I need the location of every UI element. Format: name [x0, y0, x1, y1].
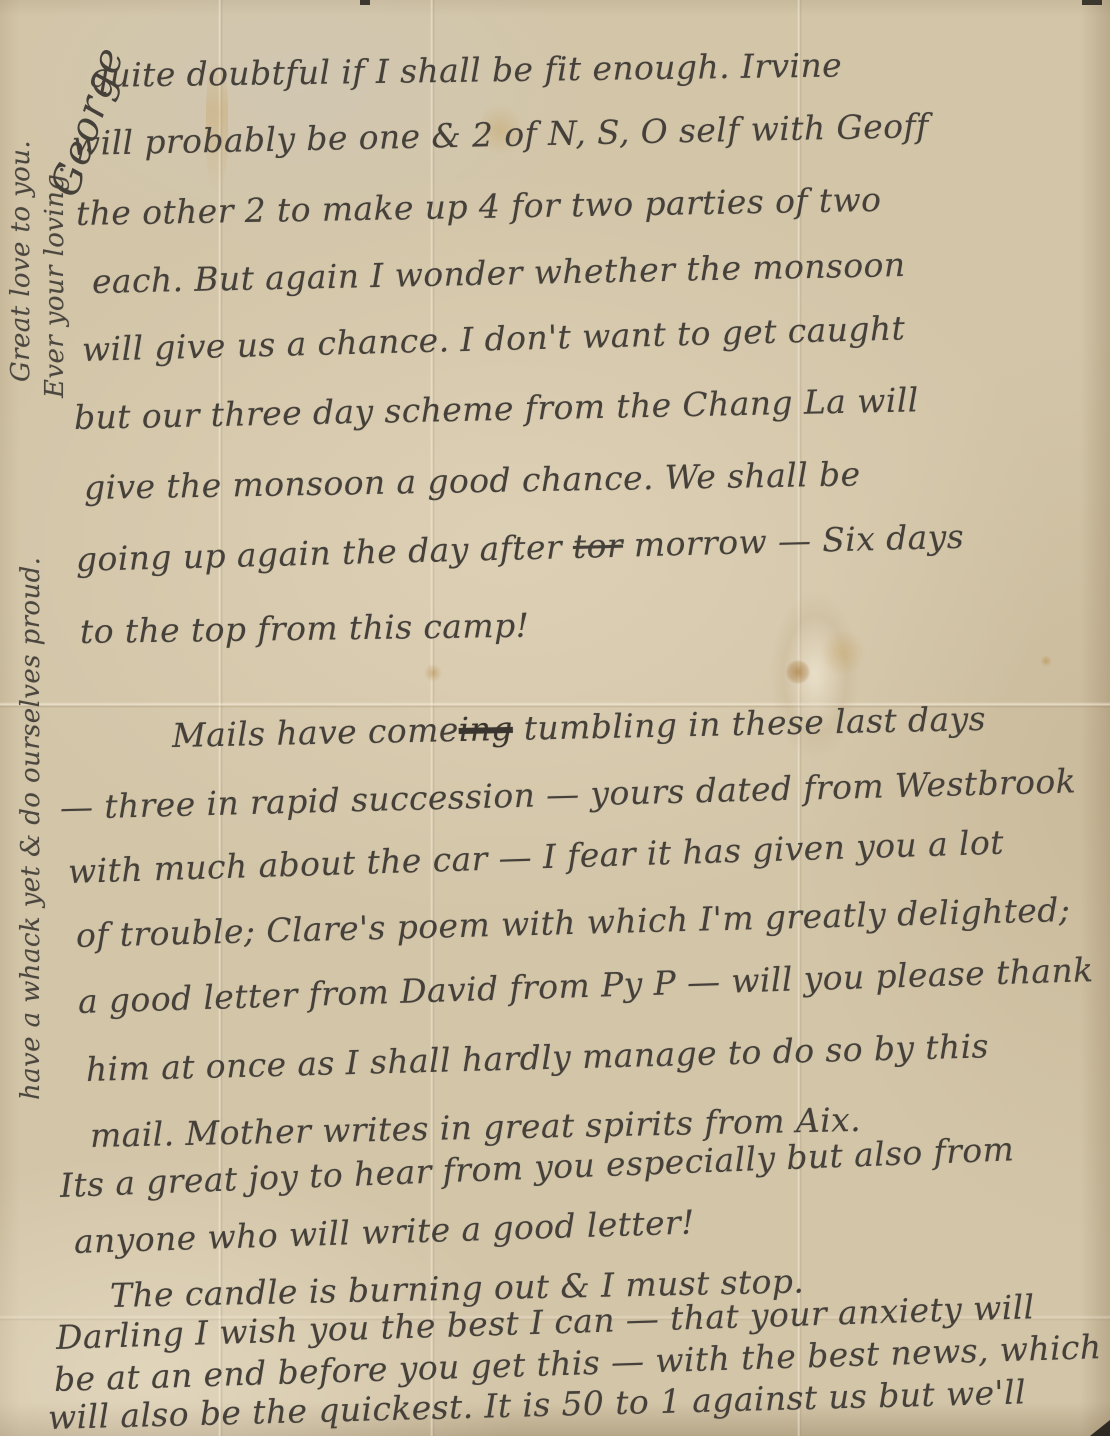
margin-note-closing-line2: Ever your loving.	[40, 165, 70, 398]
handwritten-line: to the top from this camp!	[80, 606, 530, 652]
letter-scan-screenshot: { "document": { "kind": "handwritten let…	[0, 0, 1110, 1436]
line-text: morrow — Six days	[622, 517, 964, 565]
margin-note-continuation: have a whack yet & do ourselves proud.	[16, 557, 46, 1100]
line-text: Mails have come	[172, 710, 460, 755]
struck-out-text: tor	[572, 526, 623, 566]
scribbled-out-text: ing	[458, 709, 513, 749]
margin-note-closing-line1: Great love to you.	[6, 140, 36, 382]
